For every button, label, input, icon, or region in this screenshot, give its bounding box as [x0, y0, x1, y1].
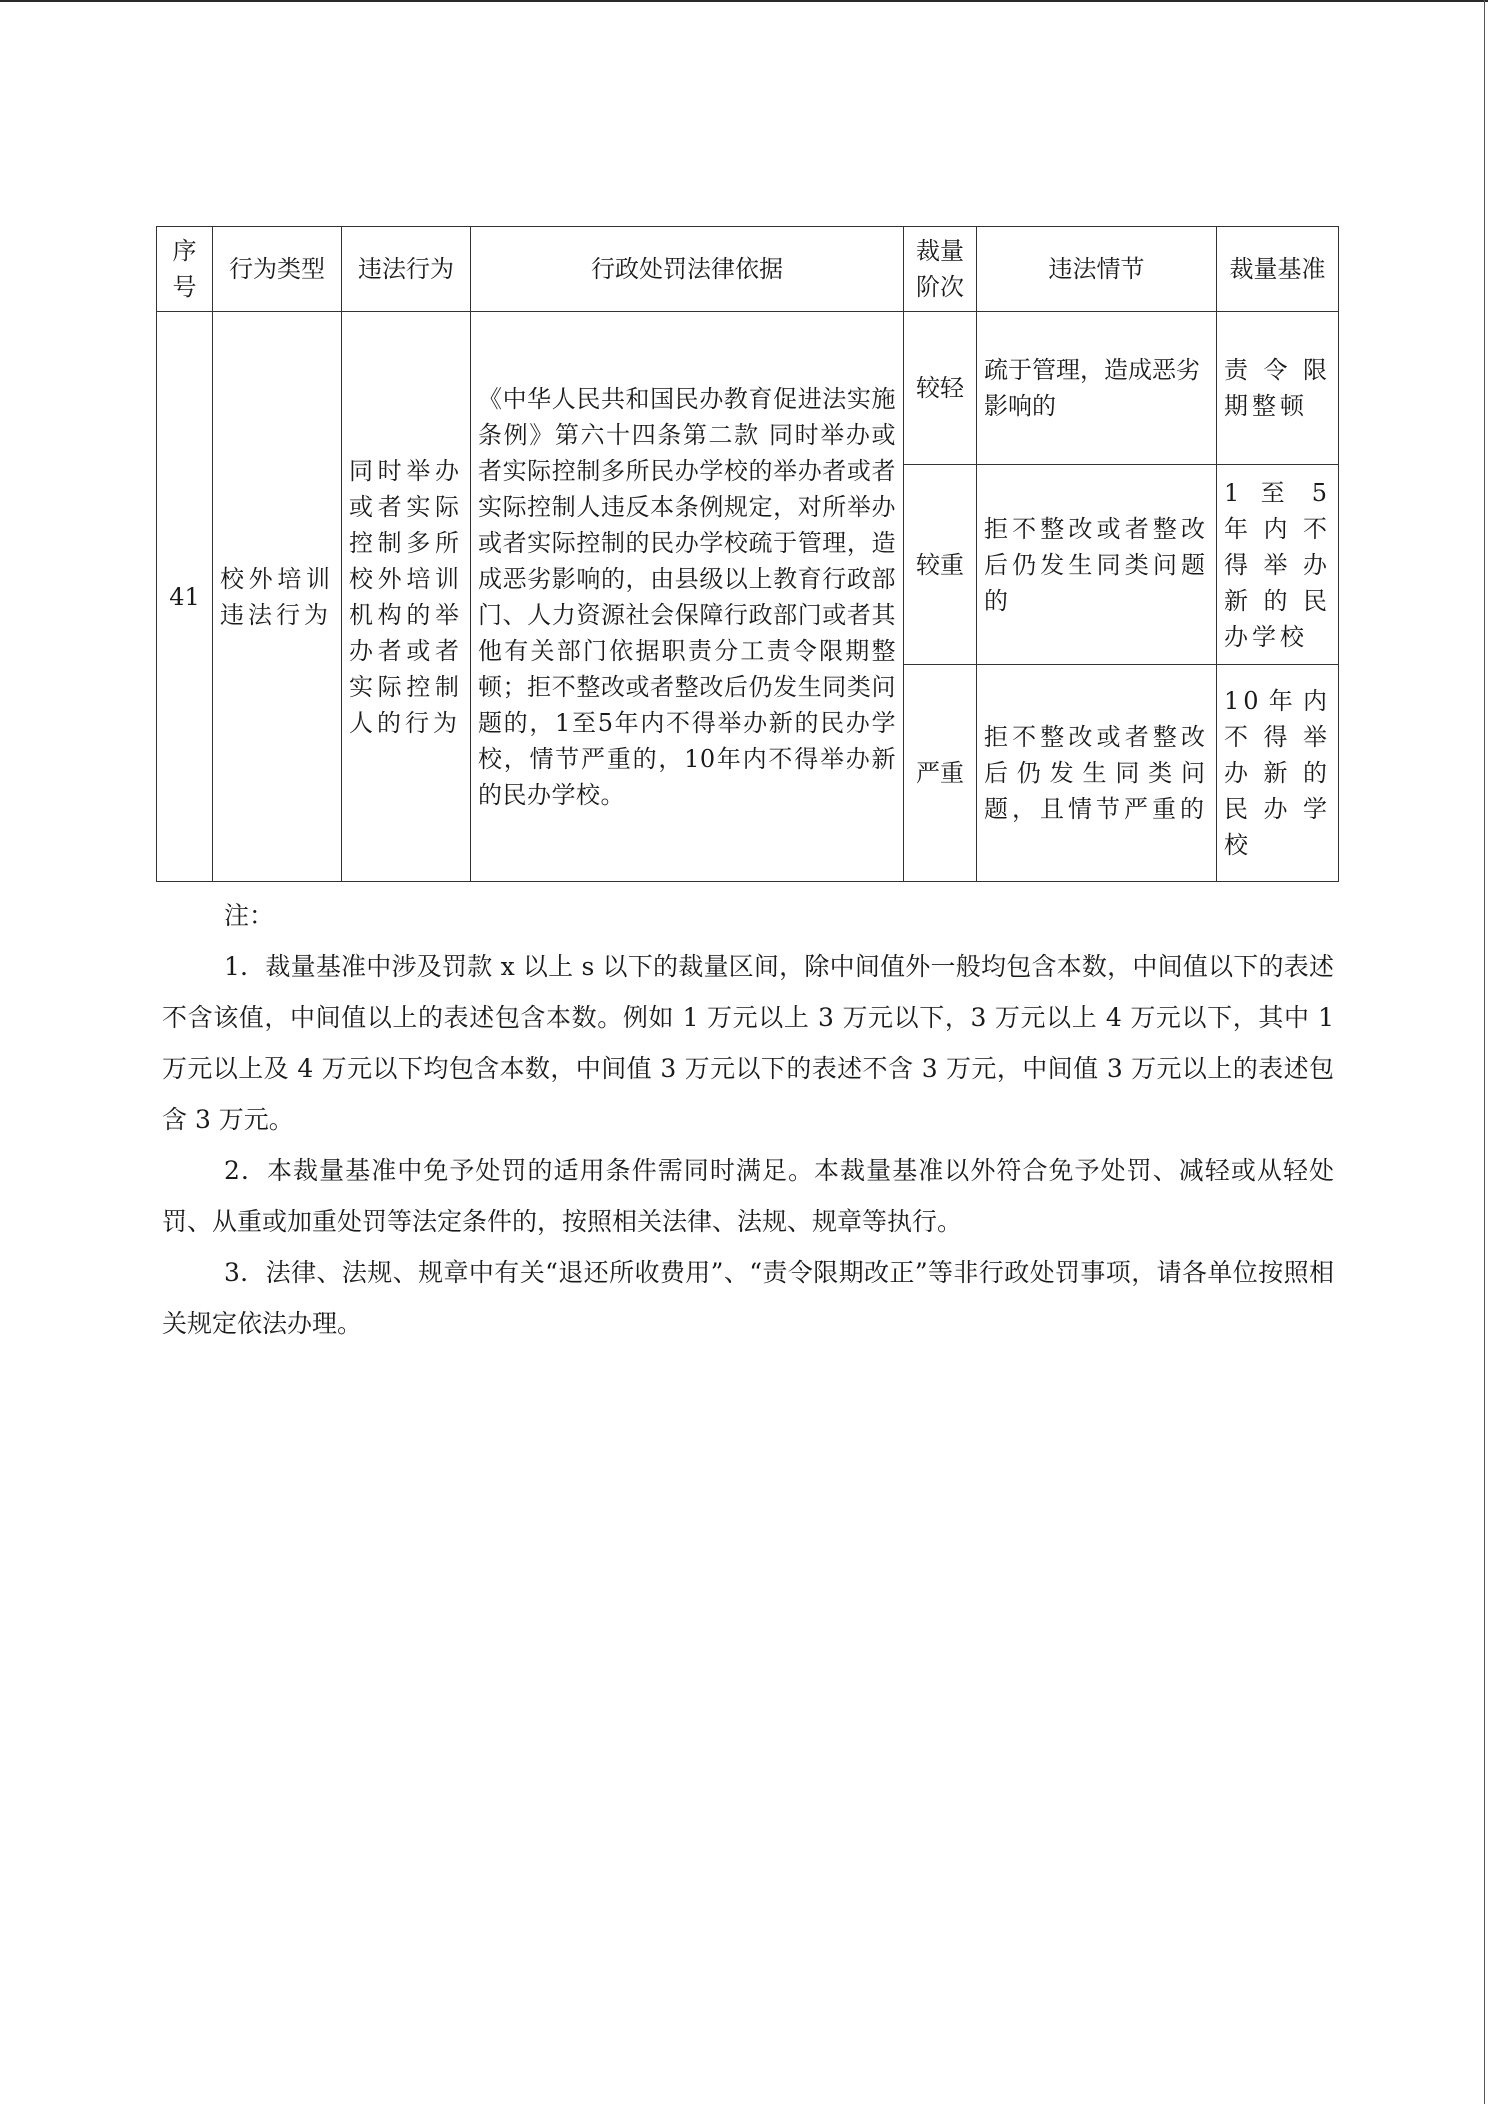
cell-standard-light: 责令限期整顿: [1217, 312, 1339, 465]
header-seq: 序 号: [157, 227, 213, 312]
header-level: 裁量 阶次: [904, 227, 977, 312]
cell-level-serious: 严重: [904, 665, 977, 882]
page-right-border: [1484, 0, 1485, 2104]
header-behavior-type: 行为类型: [213, 227, 342, 312]
cell-standard-heavier: 1 至 5 年内不得举办新的民办学校: [1217, 465, 1339, 665]
note-item-1: 1．裁量基准中涉及罚款 x 以上 s 以下的裁量区间，除中间值外一般均包含本数，…: [162, 941, 1334, 1145]
notes-title: 注：: [162, 890, 1334, 941]
header-circumstance: 违法情节: [977, 227, 1217, 312]
cell-legal-basis: 《中华人民共和国民办教育促进法实施条例》第六十四条第二款 同时举办或者实际控制多…: [471, 312, 904, 882]
cell-level-light: 较轻: [904, 312, 977, 465]
header-legal-basis: 行政处罚法律依据: [471, 227, 904, 312]
cell-level-heavier: 较重: [904, 465, 977, 665]
cell-behavior-type: 校外培训违法行为: [213, 312, 342, 882]
notes-section: 注： 1．裁量基准中涉及罚款 x 以上 s 以下的裁量区间，除中间值外一般均包含…: [162, 890, 1334, 1349]
cell-circumstance-serious: 拒不整改或者整改后仍发生同类问题，且情节严重的: [977, 665, 1217, 882]
cell-circumstance-light: 疏于管理，造成恶劣影响的: [977, 312, 1217, 465]
cell-violation: 同时举办或者实际控制多所校外培训机构的举办者或者实际控制人的行为: [342, 312, 471, 882]
page-top-border: [0, 0, 1488, 2]
table-header-row: 序 号 行为类型 违法行为 行政处罚法律依据 裁量 阶次 违法情节 裁量基准: [157, 227, 1339, 312]
header-standard: 裁量基准: [1217, 227, 1339, 312]
penalty-standard-table: 序 号 行为类型 违法行为 行政处罚法律依据 裁量 阶次 违法情节 裁量基准 4…: [156, 226, 1339, 882]
header-violation: 违法行为: [342, 227, 471, 312]
table-row: 41 校外培训违法行为 同时举办或者实际控制多所校外培训机构的举办者或者实际控制…: [157, 312, 1339, 465]
cell-standard-serious: 10年内不得举办新的民办学校: [1217, 665, 1339, 882]
note-item-3: 3．法律、法规、规章中有关“退还所收费用”、“责令限期改正”等非行政处罚事项，请…: [162, 1247, 1334, 1349]
cell-seq: 41: [157, 312, 213, 882]
cell-circumstance-heavier: 拒不整改或者整改后仍发生同类问题的: [977, 465, 1217, 665]
note-item-2: 2．本裁量基准中免予处罚的适用条件需同时满足。本裁量基准以外符合免予处罚、减轻或…: [162, 1145, 1334, 1247]
